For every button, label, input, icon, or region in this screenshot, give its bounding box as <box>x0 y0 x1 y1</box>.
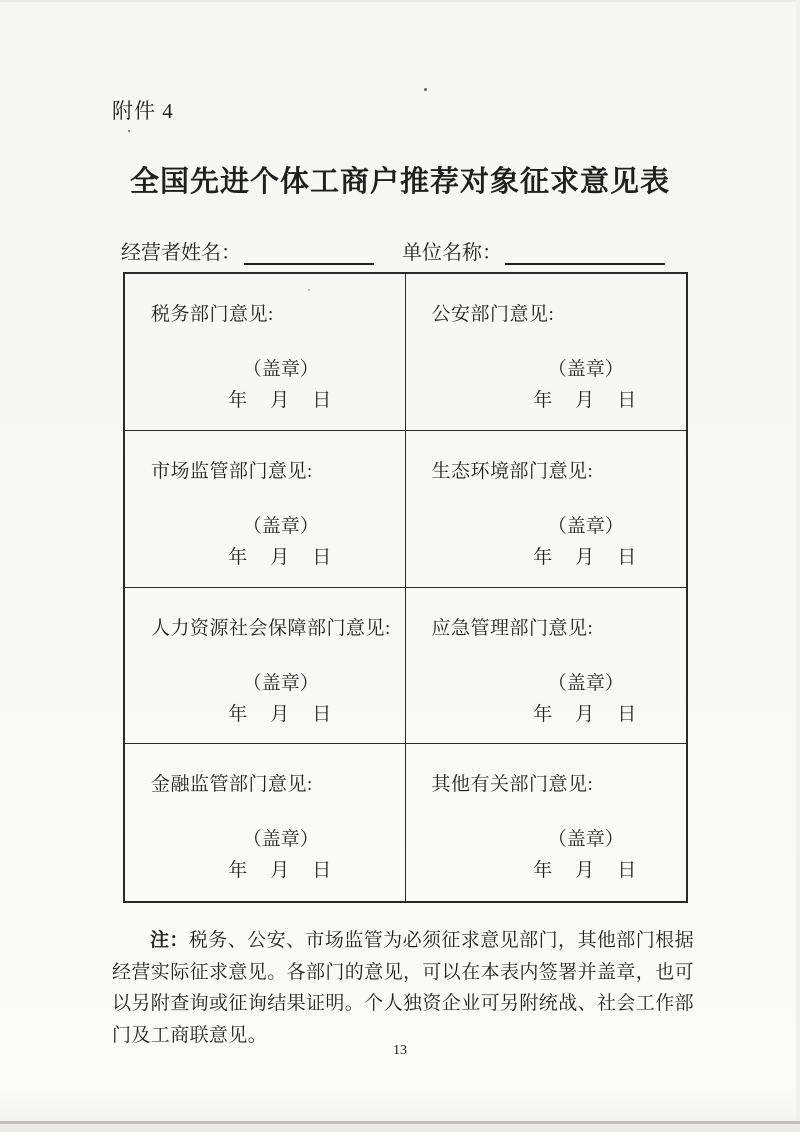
unit-name-label: 单位名称： <box>402 242 502 264</box>
date-placeholder: 年 月 日 <box>486 860 687 882</box>
page-number: 13 <box>0 1043 800 1059</box>
attachment-label: 附件 4 <box>112 95 174 125</box>
date-placeholder: 年 月 日 <box>157 704 405 726</box>
stamp-block: （盖章） 年 月 日 <box>486 829 687 882</box>
stamp-block: （盖章） 年 月 日 <box>486 673 687 726</box>
operator-name-field: 经营者姓名： <box>121 236 374 265</box>
stamp-placeholder: （盖章） <box>157 359 405 381</box>
operator-name-blank <box>244 244 374 265</box>
stamp-block: （盖章） 年 月 日 <box>157 673 405 726</box>
scanned-page: 附件 4 全国先进个体工商户推荐对象征求意见表 经营者姓名： 单位名称： 税务部… <box>0 0 800 1132</box>
dept-opinion-label: 应急管理部门意见: <box>432 618 687 640</box>
stamp-block: （盖章） 年 月 日 <box>157 829 405 882</box>
operator-name-label: 经营者姓名： <box>121 242 241 264</box>
stamp-placeholder: （盖章） <box>157 516 405 538</box>
stamp-placeholder: （盖章） <box>157 673 405 695</box>
dept-opinion-label: 公安部门意见: <box>432 304 687 326</box>
stamp-block: （盖章） 年 月 日 <box>157 516 405 569</box>
footnote: 注：税务、公安、市场监管为必须征求意见部门，其他部门根据经营实际征求意见。各部门… <box>112 925 694 1051</box>
unit-name-field: 单位名称： <box>402 236 665 265</box>
scan-speck <box>308 289 310 291</box>
dept-opinion-label: 金融监管部门意见: <box>151 774 405 796</box>
stamp-placeholder: （盖章） <box>157 829 405 851</box>
opinion-table: 税务部门意见: （盖章） 年 月 日 公安部门意见: （盖章） 年 月 日 市场… <box>123 272 688 903</box>
cell-financial-regulation-dept: 金融监管部门意见: （盖章） 年 月 日 <box>125 744 406 901</box>
dept-opinion-label: 市场监管部门意见: <box>151 461 405 483</box>
stamp-placeholder: （盖章） <box>486 829 687 851</box>
dept-opinion-label: 税务部门意见: <box>151 304 405 326</box>
scan-edge-bottom-fill <box>0 1124 800 1132</box>
scan-edge-top <box>0 0 800 2</box>
stamp-block: （盖章） 年 月 日 <box>486 516 687 569</box>
cell-human-resources-dept: 人力资源社会保障部门意见: （盖章） 年 月 日 <box>125 588 406 745</box>
footnote-body: 税务、公安、市场监管为必须征求意见部门，其他部门根据经营实际征求意见。各部门的意… <box>112 930 694 1046</box>
dept-opinion-label: 人力资源社会保障部门意见: <box>151 618 405 640</box>
cell-market-regulation-dept: 市场监管部门意见: （盖章） 年 月 日 <box>125 431 406 588</box>
stamp-block: （盖章） 年 月 日 <box>486 359 687 412</box>
scan-speck <box>128 130 130 132</box>
cell-tax-dept: 税务部门意见: （盖章） 年 月 日 <box>125 274 406 431</box>
date-placeholder: 年 月 日 <box>486 547 687 569</box>
date-placeholder: 年 月 日 <box>157 547 405 569</box>
date-placeholder: 年 月 日 <box>157 390 405 412</box>
stamp-block: （盖章） 年 月 日 <box>157 359 405 412</box>
cell-ecology-environment-dept: 生态环境部门意见: （盖章） 年 月 日 <box>406 431 687 588</box>
date-placeholder: 年 月 日 <box>157 860 405 882</box>
unit-name-blank <box>505 244 665 265</box>
scan-speck <box>424 88 427 91</box>
cell-emergency-management-dept: 应急管理部门意见: （盖章） 年 月 日 <box>406 588 687 745</box>
dept-opinion-label: 其他有关部门意见: <box>432 774 687 796</box>
dept-opinion-label: 生态环境部门意见: <box>432 461 687 483</box>
stamp-placeholder: （盖章） <box>486 673 687 695</box>
cell-public-security-dept: 公安部门意见: （盖章） 年 月 日 <box>406 274 687 431</box>
date-placeholder: 年 月 日 <box>486 704 687 726</box>
footnote-prefix: 注： <box>150 930 189 951</box>
page-title: 全国先进个体工商户推荐对象征求意见表 <box>0 159 800 200</box>
date-placeholder: 年 月 日 <box>486 390 687 412</box>
cell-other-depts: 其他有关部门意见: （盖章） 年 月 日 <box>406 744 687 901</box>
stamp-placeholder: （盖章） <box>486 516 687 538</box>
stamp-placeholder: （盖章） <box>486 359 687 381</box>
